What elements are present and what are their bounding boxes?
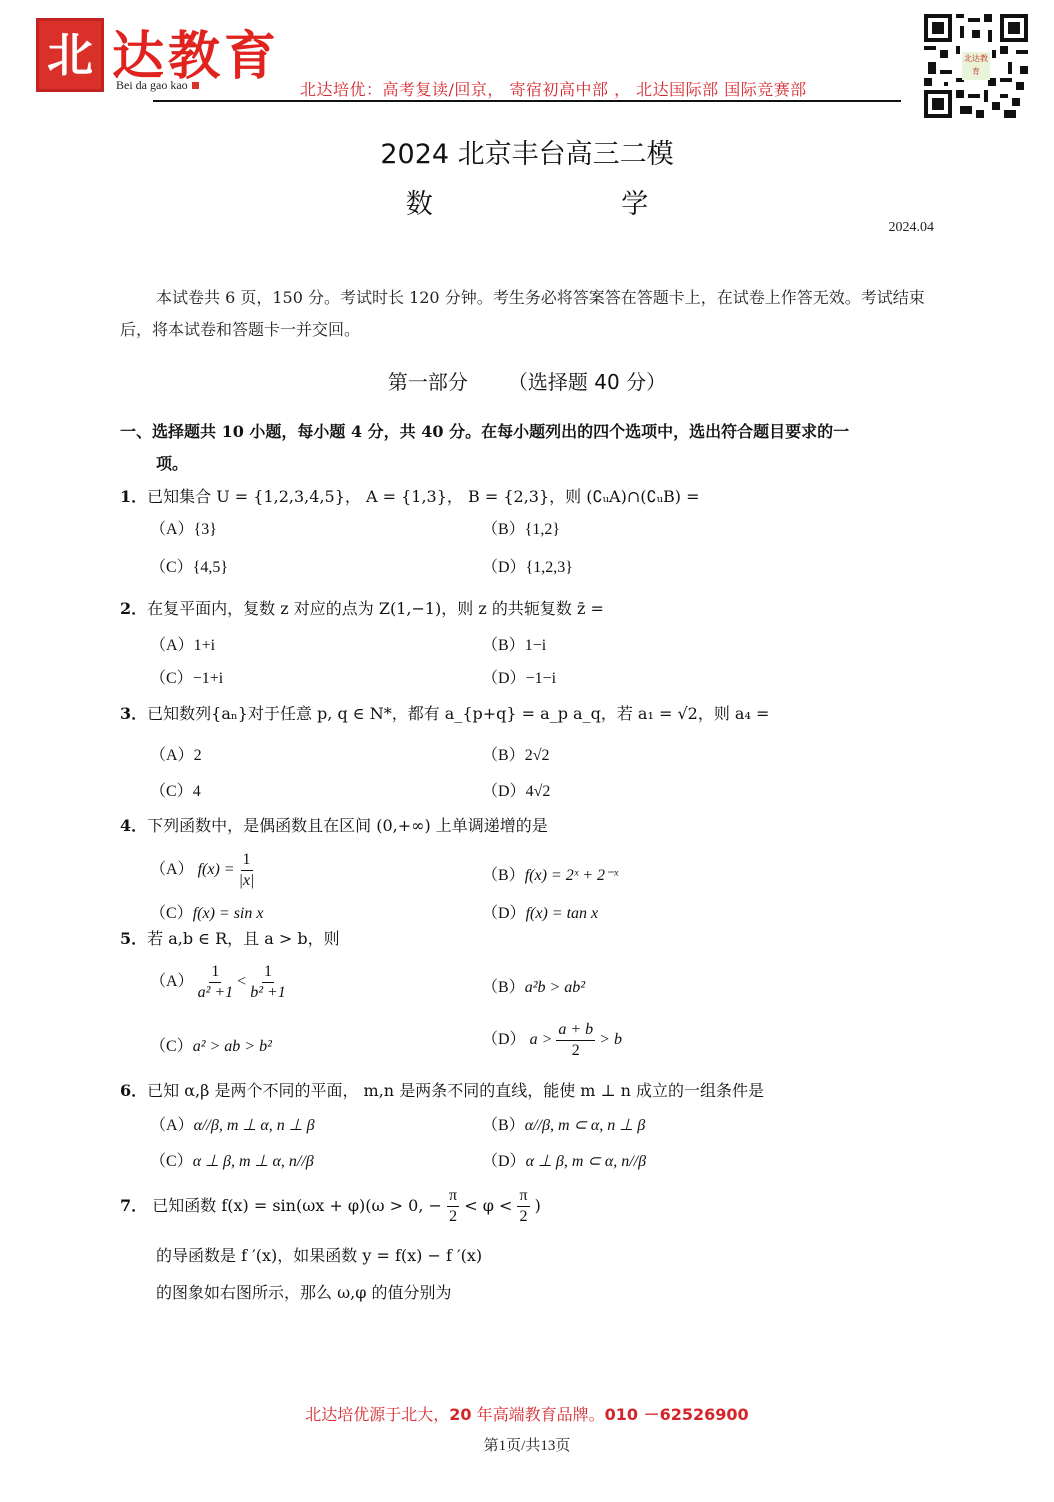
section-title: 第一部分 [388,370,468,394]
numerator: 1 [262,962,274,983]
question-7: 7． 已知函数 f(x) = sin(ωx + φ)(ω > 0, − π2 <… [120,1186,541,1227]
qr-center-badge: 北达教育 [962,52,990,80]
option-label: （C） [150,905,193,922]
option-6c: （C）α ⊥ β, m ⊥ α, n//β [150,1148,314,1171]
option-2a: （A）1+i [150,632,215,655]
option-label: （A） [150,1117,194,1134]
question-stem: 在复平面内，复数 z 对应的点为 Z(1,−1)，则 z 的共轭复数 z̄ = [147,599,604,618]
denominator: 2 [520,1207,528,1227]
numerator: 1 [209,962,221,983]
header-divider [153,100,901,102]
option-label: （A） [150,637,194,654]
question-7-line-2: 的导函数是 f ′(x)，如果函数 y = f(x) − f ′(x) [156,1243,482,1266]
question-stem: 已知集合 U = {1,2,3,4,5}， A = {1,3}， B = {2,… [147,487,699,506]
denominator: a² +1 [198,983,234,1003]
option-4a: （A） f(x) = 1|x| [150,850,254,891]
option-2d: （D）−1−i [482,665,556,688]
option-label: （B） [482,979,525,996]
question-7-line-3: 的图象如右图所示，那么 ω,φ 的值分别为 [156,1280,452,1303]
option-text: {3} [194,521,217,538]
question-2: 2．在复平面内，复数 z 对应的点为 Z(1,−1)，则 z 的共轭复数 z̄ … [120,596,604,619]
denominator: 2 [572,1041,580,1061]
denominator: 2 [449,1207,457,1227]
numerator: a + b [556,1020,595,1041]
question-1: 1．已知集合 U = {1,2,3,4,5}， A = {1,3}， B = {… [120,484,700,507]
option-5b: （B）a²b > ab² [482,974,585,997]
option-text: f(x) = tan x [526,905,599,922]
option-label: （A） [150,861,194,878]
option-text: α ⊥ β, m ⊥ α, n//β [193,1153,314,1170]
option-3d: （D）4√2 [482,778,550,801]
question-number: 5． [120,929,147,948]
option-text: −1+i [193,670,224,687]
question-number: 6． [120,1081,147,1100]
question-stem: 已知数列{aₙ}对于任意 p, q ∈ N*，都有 a_{p+q} = a_p … [147,704,769,723]
option-4c: （C）f(x) = sin x [150,900,263,923]
option-text: 1+i [194,637,215,654]
option-1d: （D）{1,2,3} [482,554,573,577]
question-number: 4． [120,816,147,835]
instruction-line-2: 项。 [120,448,940,480]
fraction: 1a² +1 [198,962,234,1003]
option-label: （D） [482,905,526,922]
option-3a: （A）2 [150,742,202,765]
denominator: |x| [239,871,255,891]
exam-instructions: 本试卷共 6 页，150 分。考试时长 120 分钟。考生务必将答案答在答题卡上… [120,282,936,346]
option-label: （D） [482,559,526,576]
option-2b: （B）1−i [482,632,546,655]
option-4b: （B）f(x) = 2ˣ + 2⁻ˣ [482,862,618,885]
promo-phone: 010 －62526900 [605,1405,749,1424]
question-stem-suffix: ) [535,1196,541,1215]
option-6d: （D）α ⊥ β, m ⊂ α, n//β [482,1148,646,1171]
option-4d: （D）f(x) = tan x [482,900,598,923]
document-title: 2024 北京丰台高三二模 [0,132,1054,171]
option-text: 4√2 [526,783,551,800]
option-label: （C） [150,1153,193,1170]
promo-text-2: 年高端教育品牌。 [472,1405,605,1424]
promo-years: 20 [449,1405,471,1424]
question-5: 5．若 a,b ∈ R，且 a > b，则 [120,926,340,949]
question-stem: 若 a,b ∈ R，且 a > b，则 [147,929,339,948]
question-stem-mid: < φ < [464,1196,512,1215]
option-text: a² > ab > b² [193,1038,272,1055]
option-text: 2√2 [525,747,550,764]
option-label: （A） [150,973,194,990]
option-label: （C） [150,783,193,800]
section-note: （选择题 40 分） [508,370,666,394]
option-text: > b [599,1031,622,1048]
question-4: 4．下列函数中，是偶函数且在区间 (0,+∞) 上单调递增的是 [120,813,548,836]
option-6a: （A）α//β, m ⊥ α, n ⊥ β [150,1112,315,1135]
question-stem: 下列函数中，是偶函数且在区间 (0,+∞) 上单调递增的是 [147,816,548,835]
question-3: 3．已知数列{aₙ}对于任意 p, q ∈ N*，都有 a_{p+q} = a_… [120,701,769,724]
option-label: （C） [150,1038,193,1055]
exam-date: 2024.04 [889,220,935,236]
question-number: 1． [120,487,147,506]
option-label: （A） [150,747,194,764]
option-5a: （A） 1a² +1 < 1b² +1 [150,962,286,1003]
option-1a: （A）{3} [150,516,217,539]
option-text: 2 [194,747,202,764]
section-instructions: 一、选择题共 10 小题，每小题 4 分，共 40 分。在每小题列出的四个选项中… [120,416,940,480]
option-label: （D） [482,670,526,687]
option-6b: （B）α//β, m ⊂ α, n ⊥ β [482,1112,645,1135]
option-label: （D） [482,1153,526,1170]
option-text: f(x) = [198,861,235,878]
question-number: 7． [120,1196,147,1215]
fraction: 1|x| [239,850,255,891]
option-label: （B） [482,521,525,538]
square-icon [192,82,199,89]
instruction-line-1: 一、选择题共 10 小题，每小题 4 分，共 40 分。在每小题列出的四个选项中… [120,422,849,441]
numerator: π [517,1186,529,1207]
option-1c: （C）{4,5} [150,554,228,577]
option-text: −1−i [526,670,557,687]
option-text: α//β, m ⊥ α, n ⊥ β [194,1117,315,1134]
footer-promo: 北达培优源于北大，20 年高端教育品牌。010 －62526900 [0,1402,1054,1425]
option-2c: （C）−1+i [150,665,223,688]
logo-subtitle-text: Bei da gao kao [116,78,188,92]
option-label: （B） [482,867,525,884]
option-label: （A） [150,521,194,538]
question-stem: 已知函数 f(x) = sin(ωx + φ)(ω > 0, − [152,1196,442,1215]
page-number: 第1页/共13页 [0,1434,1054,1455]
option-text: {4,5} [193,559,228,576]
logo-mark: 北 [36,18,104,92]
section-heading: 第一部分（选择题 40 分） [0,366,1054,395]
subject-title: 数 学 [0,182,1054,221]
numerator: π [447,1186,459,1207]
option-3b: （B）2√2 [482,742,549,765]
question-number: 2． [120,599,147,618]
option-text: 1−i [525,637,546,654]
option-label: （D） [482,1031,526,1048]
fraction: a + b2 [556,1020,595,1061]
option-text: f(x) = 2ˣ + 2⁻ˣ [525,867,618,884]
logo-subtitle: Bei da gao kao [116,78,199,93]
option-text: {1,2} [525,521,560,538]
option-text: α ⊥ β, m ⊂ α, n//β [526,1153,647,1170]
question-number: 3． [120,704,147,723]
option-5d: （D） a > a + b2 > b [482,1020,622,1061]
option-label: （B） [482,637,525,654]
option-label: （C） [150,670,193,687]
fraction: 1b² +1 [250,962,286,1003]
numerator: 1 [241,850,253,871]
option-label: （D） [482,783,526,800]
option-1b: （B）{1,2} [482,516,560,539]
option-text: f(x) = sin x [193,905,264,922]
option-label: （B） [482,1117,525,1134]
denominator: b² +1 [250,983,286,1003]
fraction-pi-over-2: π2 [447,1186,459,1227]
option-text: {1,2,3} [526,559,573,576]
option-text: a > [530,1031,553,1048]
option-label: （C） [150,559,193,576]
promo-text: 北达培优源于北大， [305,1405,449,1424]
option-text: 4 [193,783,201,800]
question-6: 6．已知 α,β 是两个不同的平面， m,n 是两条不同的直线，能使 m ⊥ n… [120,1078,764,1101]
option-text: α//β, m ⊂ α, n ⊥ β [525,1117,646,1134]
option-text: a²b > ab² [525,979,585,996]
option-3c: （C）4 [150,778,201,801]
option-5c: （C）a² > ab > b² [150,1033,272,1056]
header-tagline: 北达培优：高考复读/回京， 寄宿初高中部 ， 北达国际部 国际竞赛部 [300,77,807,100]
fraction-pi-over-2: π2 [517,1186,529,1227]
less-than-sign: < [237,973,246,990]
question-stem: 已知 α,β 是两个不同的平面， m,n 是两条不同的直线，能使 m ⊥ n 成… [147,1081,764,1100]
option-label: （B） [482,747,525,764]
